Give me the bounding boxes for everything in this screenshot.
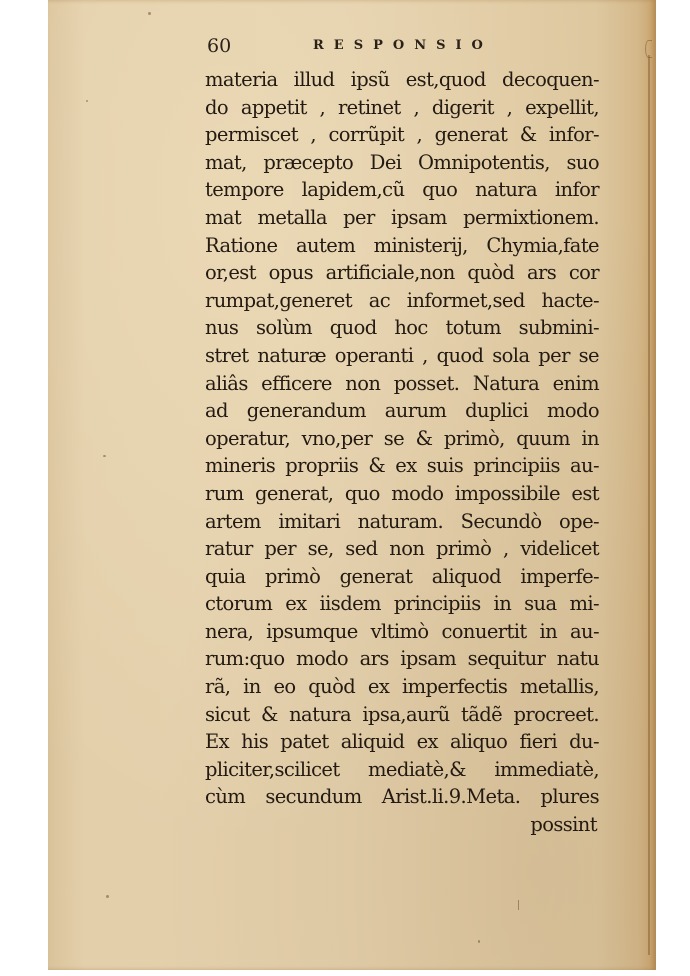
text-line: aliâs efficere non posset. Natura enim (205, 370, 599, 398)
paper-speck (478, 940, 480, 943)
text-line: rã, in eo quòd ex imperfectis metallis, (205, 673, 599, 701)
text-line: artem imitari naturam. Secundò ope- (205, 508, 599, 536)
page-number: 60 (207, 34, 231, 58)
text-line: mat, præcepto Dei Omnipotentis, suo (205, 149, 599, 177)
paper-speck (148, 12, 151, 15)
text-line: stret naturæ operanti , quod sola per se (205, 342, 599, 370)
text-line: pliciter,scilicet mediatè,& immediatè, (205, 756, 599, 784)
text-line: permiscet , corrũpit , generat & infor- (205, 121, 599, 149)
text-line: cùm secundum Arist.li.9.Meta. plures (205, 783, 599, 811)
text-line: Ex his patet aliquid ex aliquo fieri du- (205, 728, 599, 756)
text-line: rumpat,generet ac informet,sed hacte- (205, 287, 599, 315)
paper-speck (518, 900, 519, 910)
text-line: ad generandum aurum duplici modo (205, 397, 599, 425)
catchword: possint (205, 811, 599, 839)
text-line: nera, ipsumque vltimò conuertit in au- (205, 618, 599, 646)
text-line: Ratione autem ministerij, Chymia,fate (205, 232, 599, 260)
running-title: RESPONSIO (313, 36, 493, 56)
text-line: rum generat, quo modo impossibile est (205, 480, 599, 508)
text-line: tempore lapidem,cũ quo natura infor (205, 176, 599, 204)
text-line: do appetit , retinet , digerit , expelli… (205, 94, 599, 122)
text-line: ratur per se, sed non primò , videlicet (205, 535, 599, 563)
text-line: ctorum ex iisdem principiis in sua mi- (205, 590, 599, 618)
page-edge-notch (645, 40, 652, 58)
text-line: nus solùm quod hoc totum submini- (205, 314, 599, 342)
text-line: operatur, vno,per se & primò, quum in (205, 425, 599, 453)
paper-speck (106, 895, 109, 898)
text-line: quia primò generat aliquod imperfe- (205, 563, 599, 591)
text-line: mat metalla per ipsam permixtionem. (205, 204, 599, 232)
text-line: sicut & natura ipsa,aurũ tãdẽ procreet. (205, 701, 599, 729)
text-line: mineris propriis & ex suis principiis au… (205, 452, 599, 480)
text-line: or,est opus artificiale,non quòd ars cor (205, 259, 599, 287)
running-head: 60 RESPONSIO (207, 34, 599, 58)
paper-speck (86, 100, 88, 102)
text-line: rum:quo modo ars ipsam sequitur natu (205, 645, 599, 673)
text-line: materia illud ipsũ est,quod decoquen- (205, 66, 599, 94)
body-text: materia illud ipsũ est,quod decoquen- do… (205, 66, 599, 839)
page-edge-shadow (648, 55, 650, 955)
paper-speck (103, 455, 106, 457)
